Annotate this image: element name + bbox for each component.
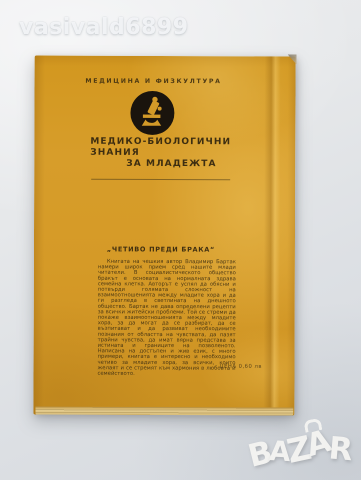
publisher-logo (130, 91, 174, 135)
divider-rule (91, 179, 230, 180)
series-title-line3: ЗА МЛАДЕЖТА (90, 159, 231, 170)
bazar-watermark: BAZAR (246, 426, 350, 472)
listing-photo: vasivald6899 МЕДИЦИНА И ФИЗКУЛТУРА МЕДИК… (0, 0, 361, 480)
series-title-line2: ЗНАНИЯ (90, 148, 231, 159)
bazar-logo-text: BAZAR (247, 429, 351, 472)
blurb-heading: „ЧЕТИВО ПРЕДИ БРАКА“ (76, 246, 246, 254)
series-title: МЕДИКО-БИОЛОГИЧНИ ЗНАНИЯ ЗА МЛАДЕЖТА (90, 137, 231, 170)
price-label: ЦЕНА 0,60 лв (220, 363, 300, 369)
bazar-letter: R (326, 430, 350, 468)
blurb-text: Книгата на чешкия автор Владимир Бартак … (98, 259, 236, 377)
page-edge (35, 407, 293, 416)
worn-corner (288, 54, 297, 64)
series-title-line1: МЕДИКО-БИОЛОГИЧНИ (90, 137, 231, 148)
seller-username-watermark: vasivald6899 (19, 15, 189, 40)
publisher-name: МЕДИЦИНА И ФИЗКУЛТУРА (35, 77, 296, 85)
cover-crease (263, 56, 280, 407)
microscope-icon (130, 91, 174, 135)
book-back-cover: МЕДИЦИНА И ФИЗКУЛТУРА МЕДИКО-БИОЛОГИЧНИ … (33, 56, 295, 416)
